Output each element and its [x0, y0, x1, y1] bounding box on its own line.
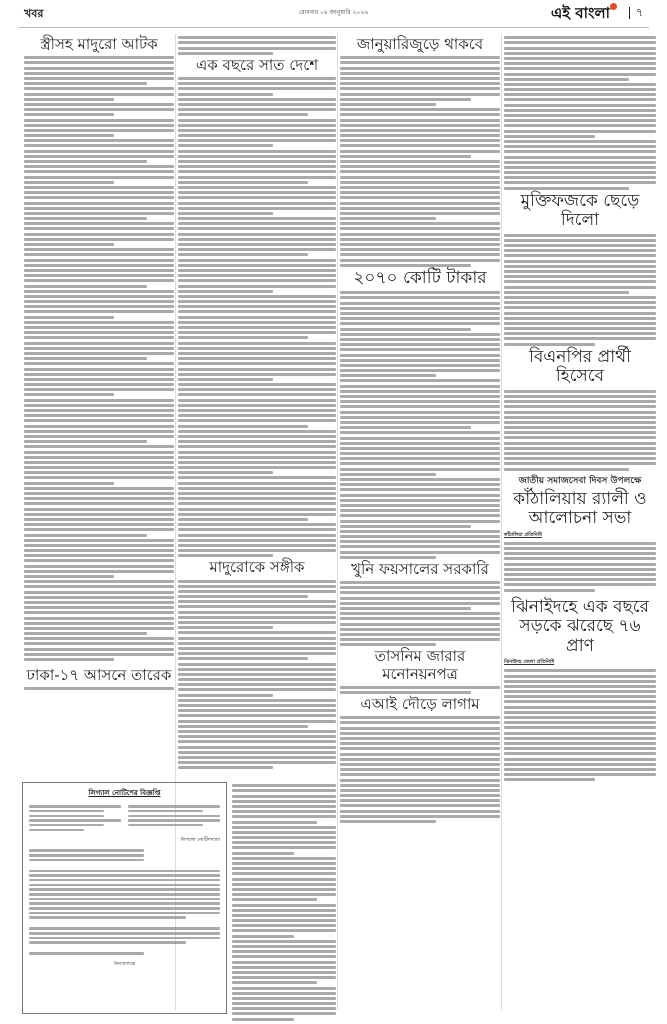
column-divider: [501, 34, 502, 1010]
legal-notice-signature: লিগ্যাল নোটিশদাতা: [29, 837, 220, 845]
sun-icon: [610, 3, 617, 10]
article-body-dhaka-17: [24, 687, 174, 690]
article-body-left-behind: [504, 234, 656, 346]
article-body-social-service-day: [504, 542, 656, 592]
article-body-maduro-arrest: [24, 56, 174, 661]
column-divider: [337, 34, 338, 1010]
headline-murder-case: খুনি ফয়সালের সরকারি: [340, 561, 500, 578]
article-body-murder-case: [340, 581, 500, 646]
kicker-social-service-day: জাতীয় সমাজসেবা দিবস উপলক্ষে: [504, 473, 656, 488]
headline-maduro-arrest: স্ত্রীসহ মাদুরো আটক: [24, 36, 174, 53]
masthead: খবর রোববার ০৪ জানুয়ারি ২০২৬ এই বাংলা ৭: [0, 0, 667, 30]
headline-social-service-day: কাঁঠালিয়ায় র‍্যালী ও আলোচনা সভা: [504, 490, 656, 529]
headline-maduro-ally: মাদুরোকে সঙ্গীক: [178, 559, 336, 576]
article-body-taka-2070-crore: [340, 291, 500, 559]
legal-notice-closing: ধন্যবাদান্তে: [29, 961, 220, 969]
column-4: মুক্তিফজকে ছেড়ে দিলো বিএনপির প্রার্থী হ…: [504, 34, 656, 783]
headline-bnp-candidate: বিএনপির প্রার্থী হিসেবে: [504, 348, 656, 387]
headline-ai-race: এআই দৌড়ে লাগাম: [340, 696, 500, 713]
column-1: স্ত্রীসহ মাদুরো আটক ঢাকা-১৭ আসনে তারেক: [24, 34, 174, 692]
column-2-lower: [232, 782, 336, 1023]
headline-cold-january: জানুয়ারিজুড়ে থাকবে: [340, 36, 500, 53]
article-body-ai-race: [340, 716, 500, 823]
article-body-jhenaidah-road: [504, 669, 656, 781]
headline-seven-countries: এক বছরে সাত দেশে: [178, 57, 336, 74]
byline-jhenaidah-road: ঝিনাইদহ জেলা প্রতিনিধি: [504, 659, 656, 667]
headline-tasnim-nomination: তাসনিম জারার মনোনয়নপত্র: [340, 648, 500, 683]
article-body-bnp-candidate: [504, 390, 656, 471]
legal-notice-body: [29, 849, 220, 954]
article-body-continued-col4: [504, 36, 656, 189]
article-body-continued: [178, 36, 336, 55]
legal-notice-title: লিগ্যাল নোটিশের বিজ্ঞপ্তি: [29, 787, 220, 799]
article-body-seven-countries: [178, 77, 336, 557]
byline-social-service-day: কাঁঠালিয়া প্রতিনিধি: [504, 532, 656, 540]
article-body-tasnim-nomination: [340, 686, 500, 694]
column-3: জানুয়ারিজুড়ে থাকবে ২০৭০ কোটি টাকার খুন…: [340, 34, 500, 825]
brand-name: এই বাংলা: [551, 4, 610, 22]
brand-logo: এই বাংলা: [551, 2, 617, 27]
header-rule: [18, 27, 649, 28]
legal-notice-box: লিগ্যাল নোটিশের বিজ্ঞপ্তি লিগ্যাল নোটিশদ…: [22, 782, 227, 1014]
legal-notice-parties: [29, 803, 220, 833]
headline-jhenaidah-road: ঝিনাইদহে এক বছরে সড়কে ঝরেছে ৭৬ প্রাণ: [504, 598, 656, 657]
headline-dhaka-17: ঢাকা-১৭ আসনে তারেক: [24, 667, 174, 684]
article-body-cold-january: [340, 56, 500, 267]
column-2: এক বছরে সাত দেশে মাদুরোকে সঙ্গীক: [178, 34, 336, 771]
page-number: ৭: [629, 4, 643, 23]
article-body-maduro-ally: [178, 580, 336, 770]
headline-taka-2070-crore: ২০৭০ কোটি টাকার: [340, 269, 500, 289]
headline-left-behind: মুক্তিফজকে ছেড়ে দিলো: [504, 192, 656, 231]
